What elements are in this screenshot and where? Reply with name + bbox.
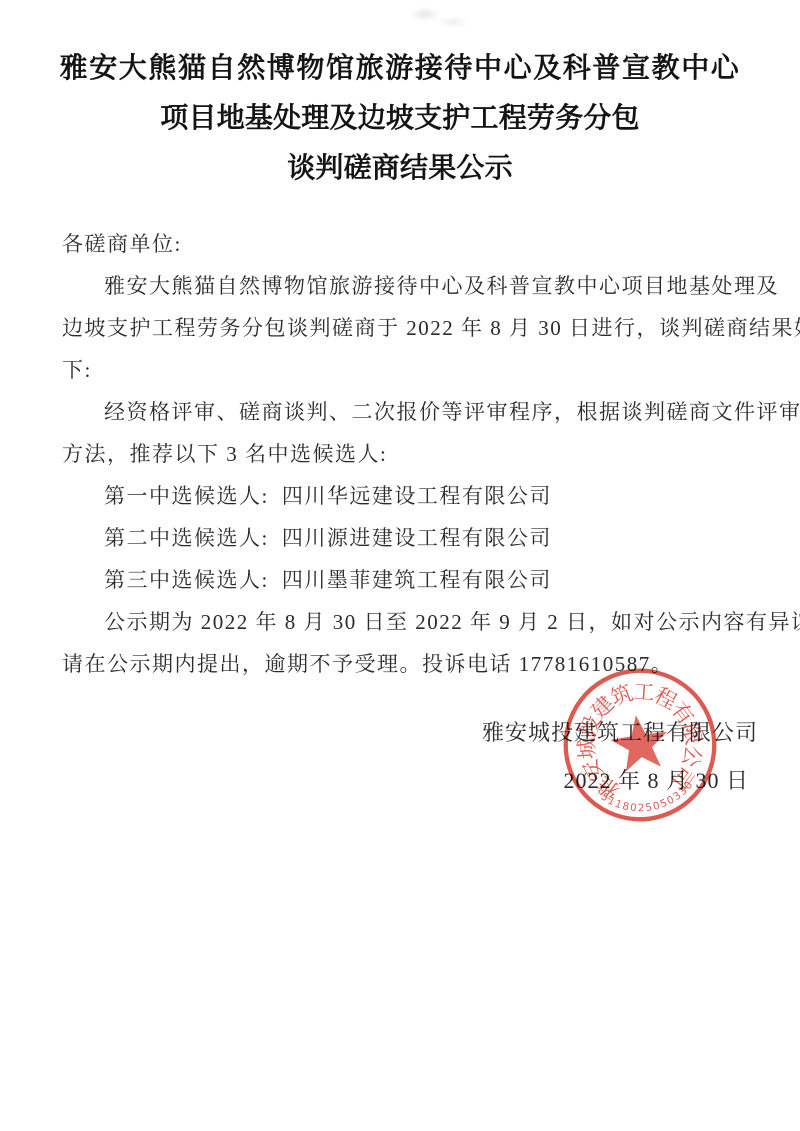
candidate-line-2: 第二中选候选人:四川源进建设工程有限公司 [62,517,742,559]
svg-text:2: 2 [638,802,645,814]
candidate-3-company: 四川墨菲建筑工程有限公司 [282,568,552,592]
document-body: 各磋商单位: 雅安大熊猫自然博物馆旅游接待中心及科普宣教中心项目地基处理及 边坡… [62,223,742,685]
svg-text:0: 0 [629,802,637,815]
official-seal-graphic: 雅安城投建筑工程有限公司 5118025050330 [551,656,729,834]
svg-text:限: 限 [678,721,706,747]
scan-artifact [403,4,475,30]
title-line-3: 谈判磋商结果公示 [0,143,800,193]
title-line-1: 雅安大熊猫自然博物馆旅游接待中心及科普宣教中心 [0,43,800,93]
title-line-2: 项目地基处理及边坡支护工程劳务分包 [0,93,800,143]
document-title: 雅安大熊猫自然博物馆旅游接待中心及科普宣教中心 项目地基处理及边坡支护工程劳务分… [0,43,800,193]
official-seal: 雅安城投建筑工程有限公司 5118025050330 [551,656,729,834]
evaluation-line-2: 方法，推荐以下 3 名中选候选人: [62,433,742,475]
candidate-2-label: 第二中选候选人: [104,526,269,550]
intro-line-1: 雅安大熊猫自然博物馆旅游接待中心及科普宣教中心项目地基处理及 [62,265,742,307]
evaluation-line-1: 经资格评审、磋商谈判、二次报价等评审程序，根据谈判磋商文件评审 [62,391,742,433]
document-page: 雅安大熊猫自然博物馆旅游接待中心及科普宣教中心 项目地基处理及边坡支护工程劳务分… [0,0,800,1131]
candidate-2-company: 四川源进建设工程有限公司 [282,526,552,550]
candidate-1-company: 四川华远建设工程有限公司 [282,484,552,508]
candidate-1-label: 第一中选候选人: [104,484,269,508]
notice-line-1: 公示期为 2022 年 8 月 30 日至 2022 年 9 月 2 日，如对公… [62,601,742,643]
seal-star-icon [608,711,672,773]
intro-line-3: 下: [62,349,742,391]
candidate-line-3: 第三中选候选人:四川墨菲建筑工程有限公司 [62,559,742,601]
salutation: 各磋商单位: [62,223,742,265]
candidate-line-1: 第一中选候选人:四川华远建设工程有限公司 [62,475,742,517]
candidate-3-label: 第三中选候选人: [104,568,269,592]
intro-line-2: 边坡支护工程劳务分包谈判磋商于 2022 年 8 月 30 日进行，谈判磋商结果… [62,307,742,349]
